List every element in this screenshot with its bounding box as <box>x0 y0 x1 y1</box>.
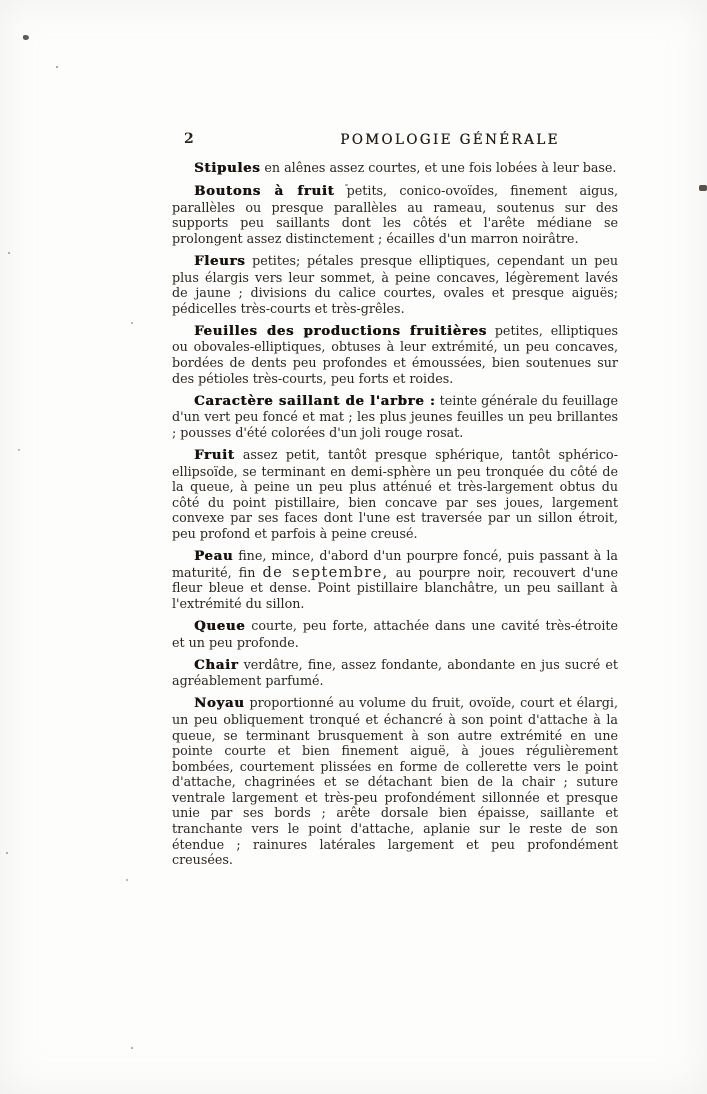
scan-speck <box>131 322 133 324</box>
paragraph-lead-term: Chair <box>194 658 238 673</box>
scan-speck <box>8 252 10 254</box>
paragraph: Stipules en alênes assez courtes, et une… <box>172 160 618 177</box>
paragraph-lead-term: Stipules <box>194 161 260 176</box>
scan-speck <box>699 185 707 191</box>
paragraph-lead-term: Queue <box>194 619 245 634</box>
paragraph: Boutons à fruit petits, conico-ovoïdes, … <box>172 183 618 246</box>
paragraph: Queue courte, peu forte, attachée dans u… <box>172 618 618 650</box>
book-page-scan: 2 POMOLOGIE GÉNÉRALE Stipules en alênes … <box>0 0 707 1094</box>
paragraph: Feuilles des productions fruitières peti… <box>172 323 618 386</box>
scan-speck <box>18 449 20 451</box>
scan-speck <box>345 184 348 186</box>
paragraph-lead-term: Noyau <box>194 696 245 711</box>
paragraph-lead-term: Fruit <box>194 448 235 463</box>
paragraph: Caractère saillant de l'arbre : teinte g… <box>172 393 618 441</box>
paragraph: Fleurs petites; pétales presque elliptiq… <box>172 253 618 316</box>
page-number: 2 <box>184 131 194 147</box>
paragraph-lead-term: Peau <box>194 549 233 564</box>
paragraph-lead-term: Boutons à fruit <box>194 184 334 199</box>
scan-speck <box>6 852 8 854</box>
scan-speck <box>126 879 128 881</box>
paragraph-lead-term: Fleurs <box>194 254 245 269</box>
paragraph: Chair verdâtre, fine, assez fondante, ab… <box>172 657 618 689</box>
paragraph-lead-term: Feuilles des productions fruitières <box>194 324 487 339</box>
paragraph: Peau fine, mince, d'abord d'un pourpre f… <box>172 548 618 611</box>
paragraph: Noyau proportionné au volume du fruit, o… <box>172 695 618 868</box>
scan-speck <box>56 66 58 68</box>
scan-speck <box>23 35 29 40</box>
emphasized-text: de septembre, <box>263 564 389 581</box>
page-title: POMOLOGIE GÉNÉRALE <box>340 132 560 148</box>
paragraph: Fruit assez petit, tantôt presque sphéri… <box>172 447 618 542</box>
paragraphs: Stipules en alênes assez courtes, et une… <box>172 160 618 874</box>
running-head: 2 POMOLOGIE GÉNÉRALE <box>172 131 618 153</box>
scan-speck <box>131 1047 133 1049</box>
paragraph-lead-term: Caractère saillant de l'arbre : <box>194 394 435 409</box>
